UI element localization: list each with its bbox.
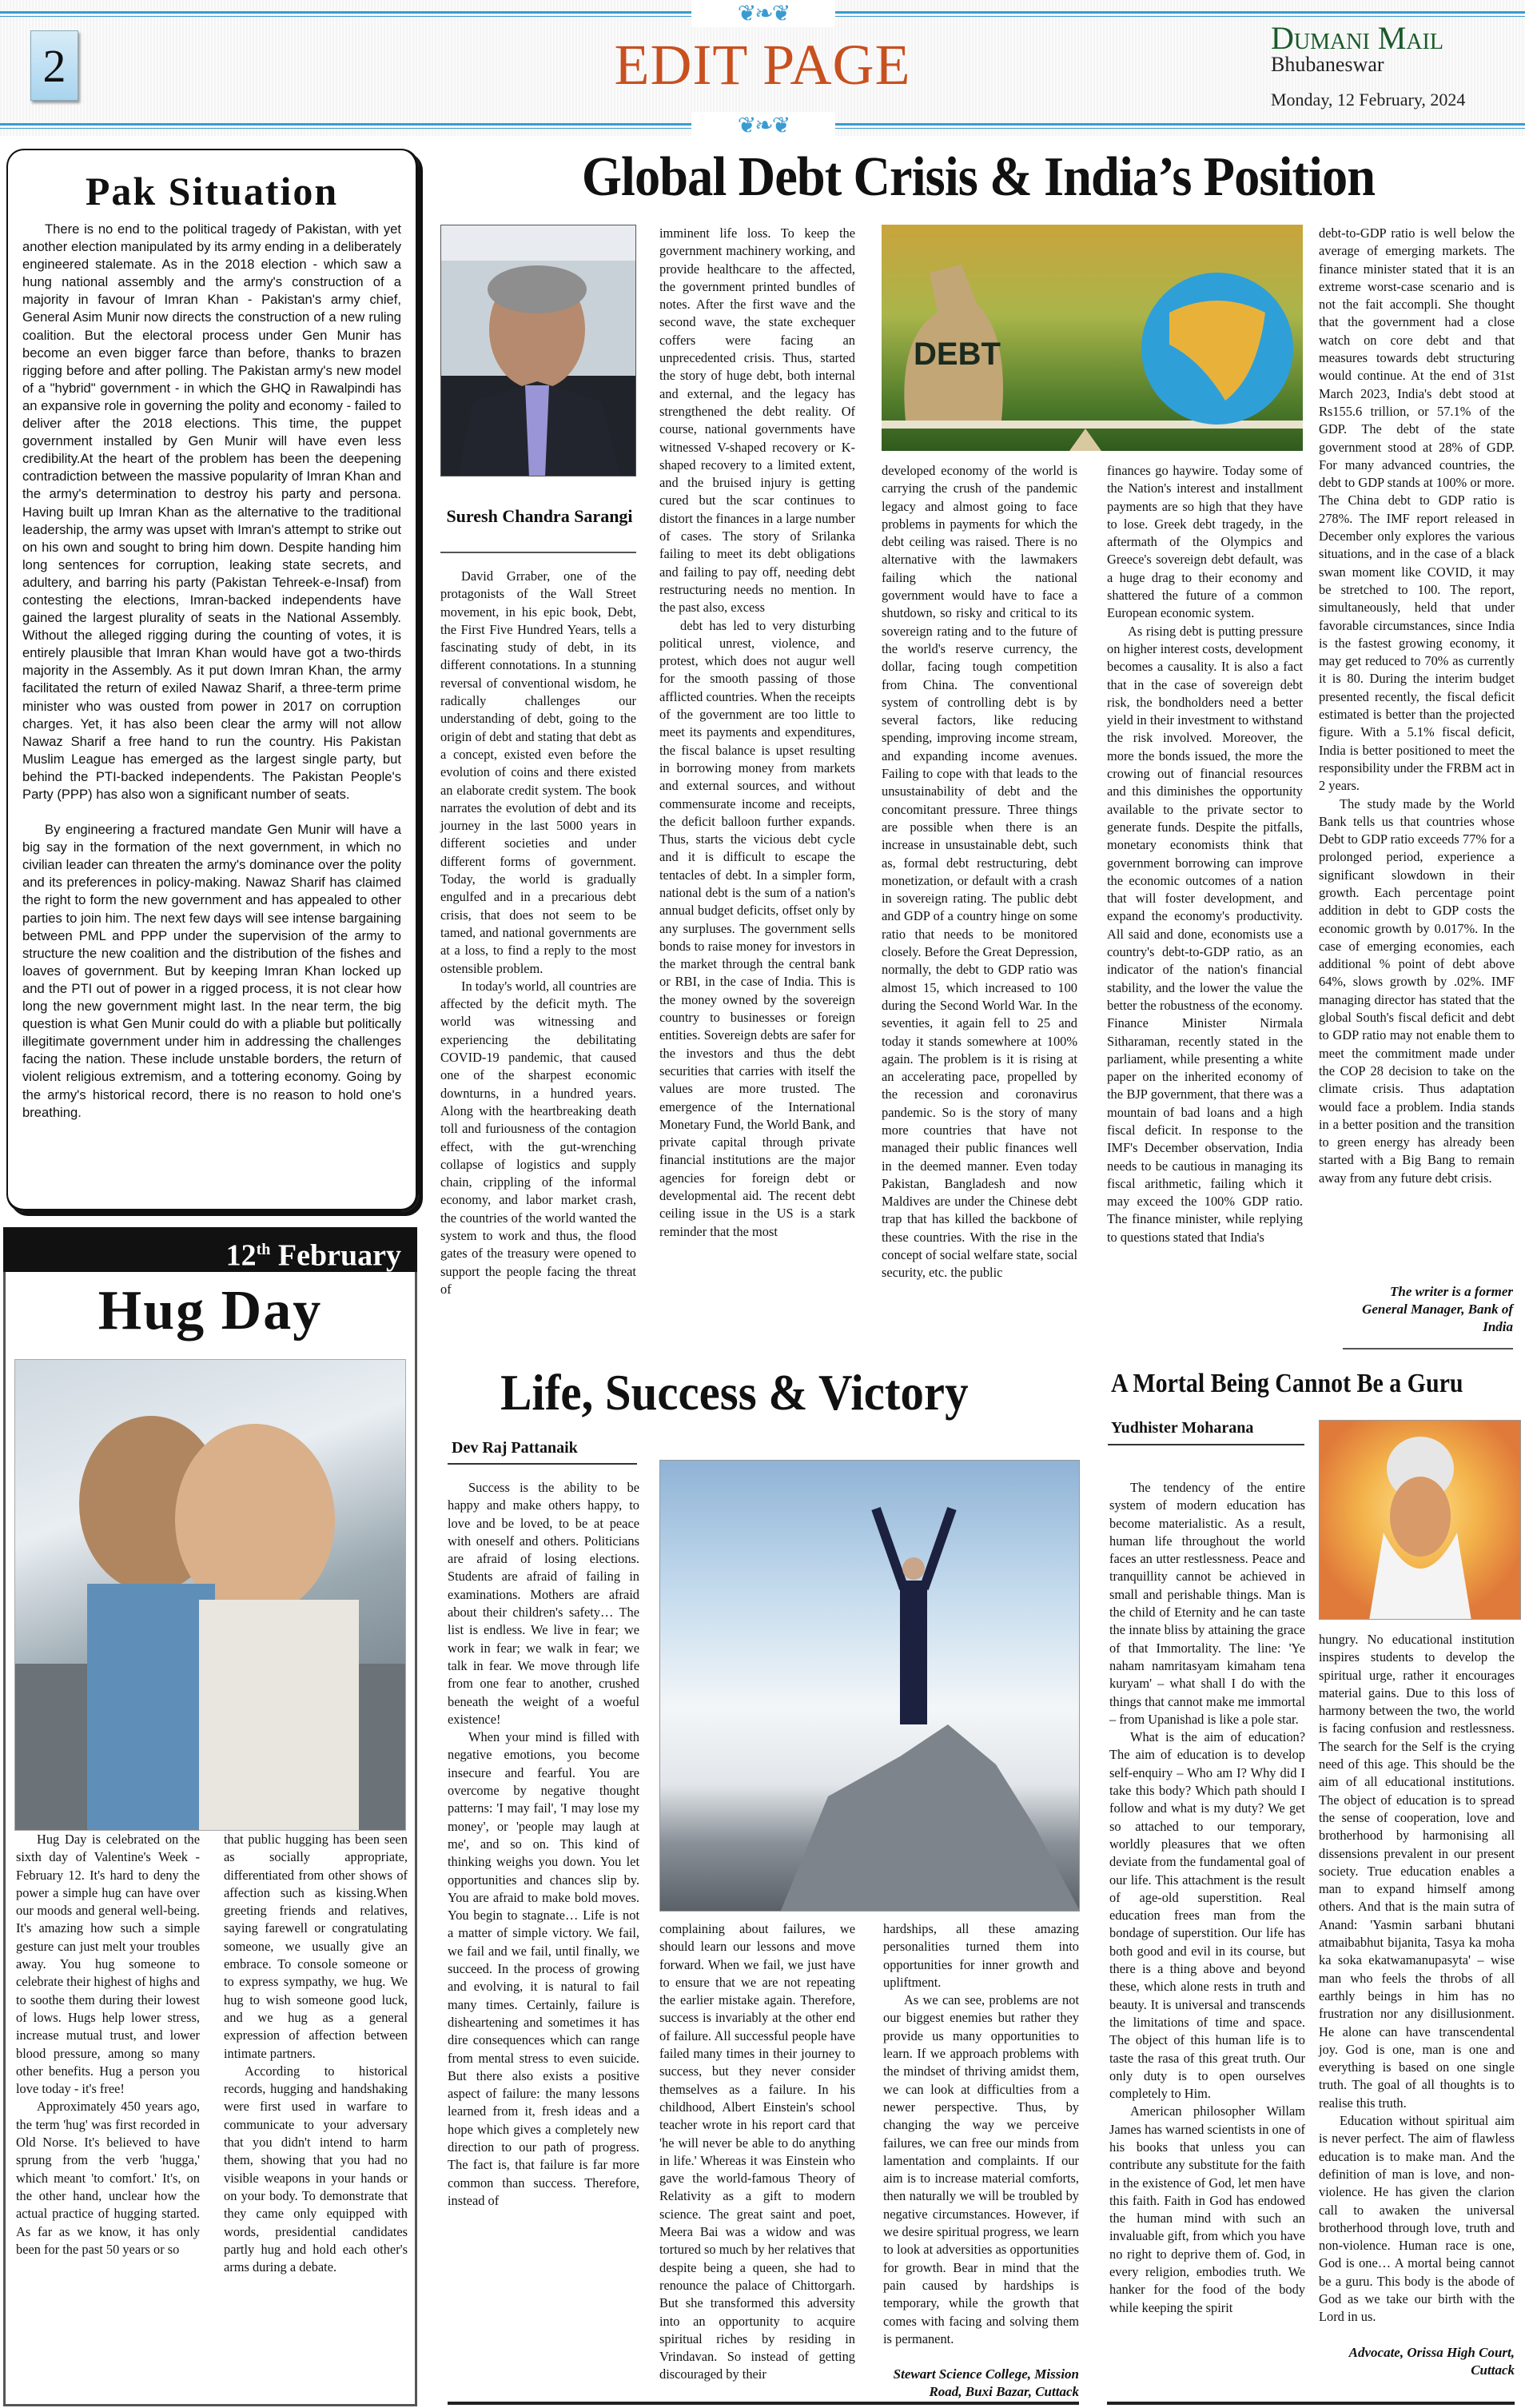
life-paragraph: When your mind is filled with negative e…	[448, 1728, 639, 2210]
hug-date-day: 12	[226, 1239, 257, 1273]
author-portrait-icon	[441, 225, 636, 476]
debt-column-5: debt-to-GDP ratio is well below the aver…	[1319, 225, 1515, 1187]
debt-paragraph: In today's world, all countries are affe…	[440, 978, 636, 1298]
guru-portrait	[1319, 1420, 1521, 1620]
hug-column-1: Hug Day is celebrated on the sixth day o…	[16, 1831, 200, 2258]
guru-paragraph: American philosopher Willam James has wa…	[1109, 2103, 1305, 2317]
debt-scale-icon: DEBT	[882, 225, 1303, 451]
pak-situation-editorial: Pak Situation There is no end to the pol…	[6, 149, 419, 1212]
guru-author: Yudhister Moharana	[1111, 1419, 1253, 1437]
debt-writer-note: The writer is a former General Manager, …	[1343, 1283, 1513, 1336]
author-photo	[440, 225, 636, 476]
life-author: Dev Raj Pattanaik	[452, 1439, 578, 1457]
debt-column-3: developed economy of the world is carryi…	[882, 462, 1077, 1282]
guru-paragraph: hungry. No educational institution inspi…	[1319, 1631, 1515, 2112]
debt-paragraph: imminent life loss. To keep the governme…	[659, 225, 855, 617]
life-column-2: complaining about failures, we should le…	[659, 1920, 855, 2384]
guru-headline: A Mortal Being Cannot Be a Guru	[1111, 1369, 1475, 1399]
debt-author: Suresh Chandra Sarangi	[440, 505, 639, 528]
debt-headline: Global Debt Crisis & India’s Position	[476, 146, 1482, 209]
debt-paragraph: debt has led to very disturbing politica…	[659, 617, 855, 1241]
debt-column-4: finances go haywire. Today some of the N…	[1107, 462, 1303, 1246]
life-headline: Life, Success & Victory	[448, 1363, 1021, 1422]
pak-paragraph: By engineering a fractured mandate Gen M…	[22, 821, 401, 1122]
climber-victory-icon	[660, 1461, 1080, 1912]
debt-paragraph: debt-to-GDP ratio is well below the aver…	[1319, 225, 1515, 795]
pak-title: Pak Situation	[22, 168, 401, 214]
writer-divider	[1343, 1348, 1513, 1350]
hug-date-band: 12th February	[3, 1227, 417, 1272]
guru-paragraph: What is the aim of education? The aim of…	[1109, 1728, 1305, 2103]
bottom-ornament-icon: ❦❧❦	[691, 112, 835, 139]
guru-column-1: The tendency of the entire system of mod…	[1109, 1479, 1305, 2317]
couple-hug-photo	[14, 1359, 406, 1831]
guru-paragraph: Education without spiritual aim is never…	[1319, 2112, 1515, 2326]
hug-date-suffix: th	[257, 1241, 271, 1258]
guru-column-2: hungry. No educational institution inspi…	[1319, 1631, 1515, 2379]
life-paragraph: complaining about failures, we should le…	[659, 1920, 855, 2384]
hug-column-2: that public hugging has been seen as soc…	[224, 1831, 408, 2276]
hug-title: Hug Day	[3, 1279, 417, 1343]
hug-paragraph: Hug Day is celebrated on the sixth day o…	[16, 1831, 200, 2098]
life-bottom-rule	[448, 2402, 1079, 2405]
guru-author-divider	[1108, 1444, 1304, 1445]
hug-date-month: February	[278, 1239, 401, 1273]
debt-column-1: David Grraber, one of the protagonists o…	[440, 568, 636, 1298]
life-author-divider	[448, 1463, 637, 1465]
edition-city: Bhubaneswar	[1271, 53, 1384, 77]
guru-paragraph: The tendency of the entire system of mod…	[1109, 1479, 1305, 1728]
life-paragraph: Success is the ability to be happy and m…	[448, 1479, 639, 1728]
life-paragraph: As we can see, problems are not our bigg…	[883, 1991, 1079, 2348]
guru-portrait-icon	[1320, 1421, 1521, 1620]
debt-globe-photo: DEBT	[882, 225, 1303, 451]
guru-bottom-rule	[1107, 2402, 1515, 2405]
mountain-climber-photo	[659, 1460, 1080, 1912]
debt-paragraph: The study made by the World Bank tells u…	[1319, 795, 1515, 1188]
guru-signature: Advocate, Orissa High Court, Cuttack	[1319, 2344, 1515, 2379]
life-signature: Stewart Science College, Mission Road, B…	[883, 2366, 1079, 2401]
debt-paragraph: finances go haywire. Today some of the N…	[1107, 462, 1303, 623]
hug-paragraph: that public hugging has been seen as soc…	[224, 1831, 408, 2063]
issue-date: Monday, 12 February, 2024	[1271, 90, 1465, 110]
newspaper-name: Dumani Mail	[1271, 19, 1443, 57]
hug-paragraph: According to historical records, hugging…	[224, 2063, 408, 2277]
top-ornament-icon: ❦❧❦	[691, 0, 835, 27]
debt-column-2: imminent life loss. To keep the governme…	[659, 225, 855, 1241]
debt-bag-label: DEBT	[914, 337, 1001, 372]
debt-paragraph: David Grraber, one of the protagonists o…	[440, 568, 636, 978]
debt-paragraph: developed economy of the world is carryi…	[882, 462, 1077, 1282]
life-column-1: Success is the ability to be happy and m…	[448, 1479, 639, 2210]
hug-paragraph: Approximately 450 years ago, the term 'h…	[16, 2098, 200, 2258]
pak-paragraph: There is no end to the political tragedy…	[22, 221, 401, 803]
debt-paragraph: As rising debt is putting pressure on hi…	[1107, 623, 1303, 1246]
life-column-3: hardships, all these amazing personaliti…	[883, 1920, 1079, 2401]
life-paragraph: hardships, all these amazing personaliti…	[883, 1920, 1079, 1991]
author-divider	[440, 552, 636, 553]
hug-image-icon	[15, 1360, 406, 1831]
